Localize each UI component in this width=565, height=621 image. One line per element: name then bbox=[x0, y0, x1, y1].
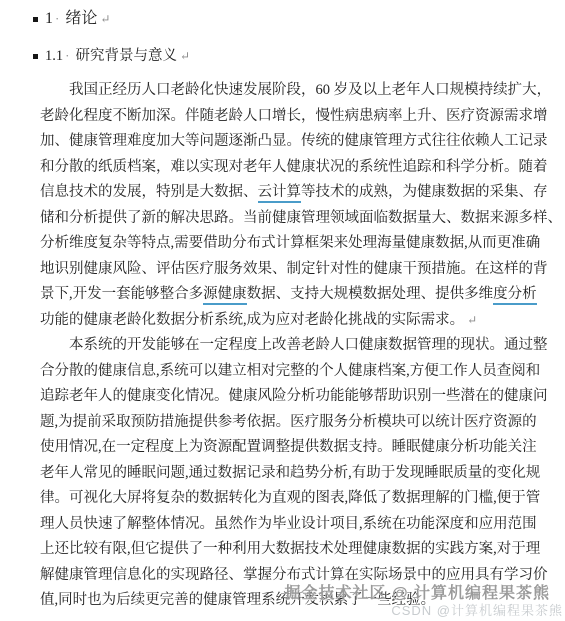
text-run: 我国正经历人口老龄化快速发展阶段，60 岁及以上老年人口规模持续扩大， bbox=[69, 82, 551, 98]
text-run: 信息技术的发展，特别是大数据、 bbox=[40, 184, 258, 200]
text-line: 老年人常见的睡眠问题,通过数据记录和趋势分析,有助于发现睡眠质量的变化规 bbox=[40, 461, 527, 487]
text-line: 储和分析提供了新的解决思路。当前健康管理领域面临数据量大、数据来源多样、 bbox=[40, 206, 527, 232]
text-line: 我国正经历人口老龄化快速发展阶段，60 岁及以上老年人口规模持续扩大， bbox=[40, 78, 527, 104]
text-run: 和分散的纸质档案，难以实现对老年人健康状况的系统性追踪和科学分析。随着 bbox=[40, 159, 548, 175]
document-body: 我国正经历人口老龄化快速发展阶段，60 岁及以上老年人口规模持续扩大，老龄化程度… bbox=[40, 78, 527, 614]
text-line: 加、健康管理难度加大等问题逐渐凸显。传统的健康管理方式往往依赖人工记录 bbox=[40, 129, 527, 155]
text-line: 合分散的健康信息,系统可以建立相对完整的个人健康档案,方便工作人员查阅和 bbox=[40, 359, 527, 385]
heading-title: 绪论 bbox=[65, 10, 97, 27]
text-line: 老龄化程度不断加深。伴随老龄人口增长，慢性病患病率上升、医疗资源需求增 bbox=[40, 104, 527, 130]
space-dot-mark: · bbox=[65, 48, 69, 63]
text-run: 律。可视化大屏将复杂的数据转化为直观的图表,降低了数据理解的门槛,便于管 bbox=[40, 490, 540, 506]
text-run: 等技术的成熟，为健康数据的采集、存 bbox=[301, 184, 548, 200]
return-mark-icon: ↵ bbox=[100, 12, 110, 26]
text-line: 追踪老年人的健康变化情况。健康风险分析功能能够帮助识别一些潜在的健康问 bbox=[40, 384, 527, 410]
text-run: 追踪老年人的健康变化情况。健康风险分析功能能够帮助识别一些潜在的健康问 bbox=[40, 388, 548, 404]
text-line: 上还比较有限,但它提供了一种利用大数据技术处理健康数据的实践方案,对于理 bbox=[40, 537, 527, 563]
text-line: 地识别健康风险、评估医疗服务效果、制定针对性的健康干预措施。在这样的背 bbox=[40, 257, 527, 283]
paragraph: 本系统的开发能够在一定程度上改善老龄人口健康数据管理的现状。通过整合分散的健康信… bbox=[40, 333, 527, 614]
heading-1: 1·绪论↵ bbox=[33, 0, 565, 30]
paragraph: 我国正经历人口老龄化快速发展阶段，60 岁及以上老年人口规模持续扩大，老龄化程度… bbox=[40, 78, 527, 333]
text-line: 景下,开发一套能够整合多源健康数据、支持大规模数据处理、提供多维度分析 bbox=[40, 282, 527, 308]
text-run: 加、健康管理难度加大等问题逐渐凸显。传统的健康管理方式往往依赖人工记录 bbox=[40, 133, 548, 149]
underlined-term[interactable]: 源健康 bbox=[203, 286, 247, 305]
text-run: 储和分析提供了新的解决思路。当前健康管理领域面临数据量大、数据来源多样、 bbox=[40, 210, 562, 226]
text-run: 题,为提前采取预防措施提供参考依据。医疗服务分析模块可以统计医疗资源的 bbox=[40, 414, 537, 430]
text-run: 本系统的开发能够在一定程度上改善老龄人口健康数据管理的现状。通过整 bbox=[69, 337, 548, 353]
text-line: 律。可视化大屏将复杂的数据转化为直观的图表,降低了数据理解的门槛,便于管 bbox=[40, 486, 527, 512]
text-run: 合分散的健康信息,系统可以建立相对完整的个人健康档案,方便工作人员查阅和 bbox=[40, 363, 540, 379]
outline-bullet-icon bbox=[33, 17, 38, 22]
outline-bullet-icon bbox=[33, 54, 38, 59]
text-run: 老年人常见的睡眠问题,通过数据记录和趋势分析,有助于发现睡眠质量的变化规 bbox=[40, 465, 540, 481]
underlined-term[interactable]: 云计算 bbox=[258, 184, 302, 203]
heading-title: 研究背景与意义 bbox=[75, 48, 177, 64]
text-line: 题,为提前采取预防措施提供参考依据。医疗服务分析模块可以统计医疗资源的 bbox=[40, 410, 527, 436]
text-run: 使用情况,在一定程度上为资源配置调整提供数据支持。睡眠健康分析功能关注 bbox=[40, 439, 537, 455]
text-run: 数据、支持大规模数据处理、提供多维 bbox=[247, 286, 494, 302]
heading-1-1: 1.1·研究背景与意义↵ bbox=[33, 46, 565, 66]
text-line: 信息技术的发展，特别是大数据、云计算等技术的成熟，为健康数据的采集、存 bbox=[40, 180, 527, 206]
document-page[interactable]: 1·绪论↵ 1.1·研究背景与意义↵ 我国正经历人口老龄化快速发展阶段，60 岁… bbox=[0, 0, 565, 621]
heading-number: 1 bbox=[45, 10, 53, 27]
underlined-term[interactable]: 度分析 bbox=[493, 286, 537, 305]
text-run: 地识别健康风险、评估医疗服务效果、制定针对性的健康干预措施。在这样的背 bbox=[40, 261, 548, 277]
text-line: 理人员快速了解整体情况。虽然作为毕业设计项目,系统在功能深度和应用范围 bbox=[40, 512, 527, 538]
text-line: 分析维度复杂等特点,需要借助分布式计算框架来处理海量健康数据,从而更准确 bbox=[40, 231, 527, 257]
watermark-csdn: CSDN @计算机编程果茶熊 bbox=[391, 600, 563, 619]
heading-number: 1.1 bbox=[45, 48, 63, 64]
space-dot-mark: · bbox=[55, 11, 59, 26]
text-run: 景下,开发一套能够整合多 bbox=[40, 286, 203, 302]
paragraph-return-mark: ↵ bbox=[467, 313, 477, 327]
text-run: 功能的健康老龄化数据分析系统,成为应对老龄化挑战的实际需求。 bbox=[40, 312, 464, 328]
text-line: 本系统的开发能够在一定程度上改善老龄人口健康数据管理的现状。通过整 bbox=[40, 333, 527, 359]
text-run: 理人员快速了解整体情况。虽然作为毕业设计项目,系统在功能深度和应用范围 bbox=[40, 516, 537, 532]
text-run: 老龄化程度不断加深。伴随老龄人口增长，慢性病患病率上升、医疗资源需求增 bbox=[40, 108, 548, 124]
text-line: 功能的健康老龄化数据分析系统,成为应对老龄化挑战的实际需求。↵ bbox=[40, 308, 527, 334]
text-run: 上还比较有限,但它提供了一种利用大数据技术处理健康数据的实践方案,对于理 bbox=[40, 541, 540, 557]
text-line: 使用情况,在一定程度上为资源配置调整提供数据支持。睡眠健康分析功能关注 bbox=[40, 435, 527, 461]
text-run: 分析维度复杂等特点,需要借助分布式计算框架来处理海量健康数据,从而更准确 bbox=[40, 235, 540, 251]
text-line: 和分散的纸质档案，难以实现对老年人健康状况的系统性追踪和科学分析。随着 bbox=[40, 155, 527, 181]
return-mark-icon: ↵ bbox=[180, 49, 190, 63]
